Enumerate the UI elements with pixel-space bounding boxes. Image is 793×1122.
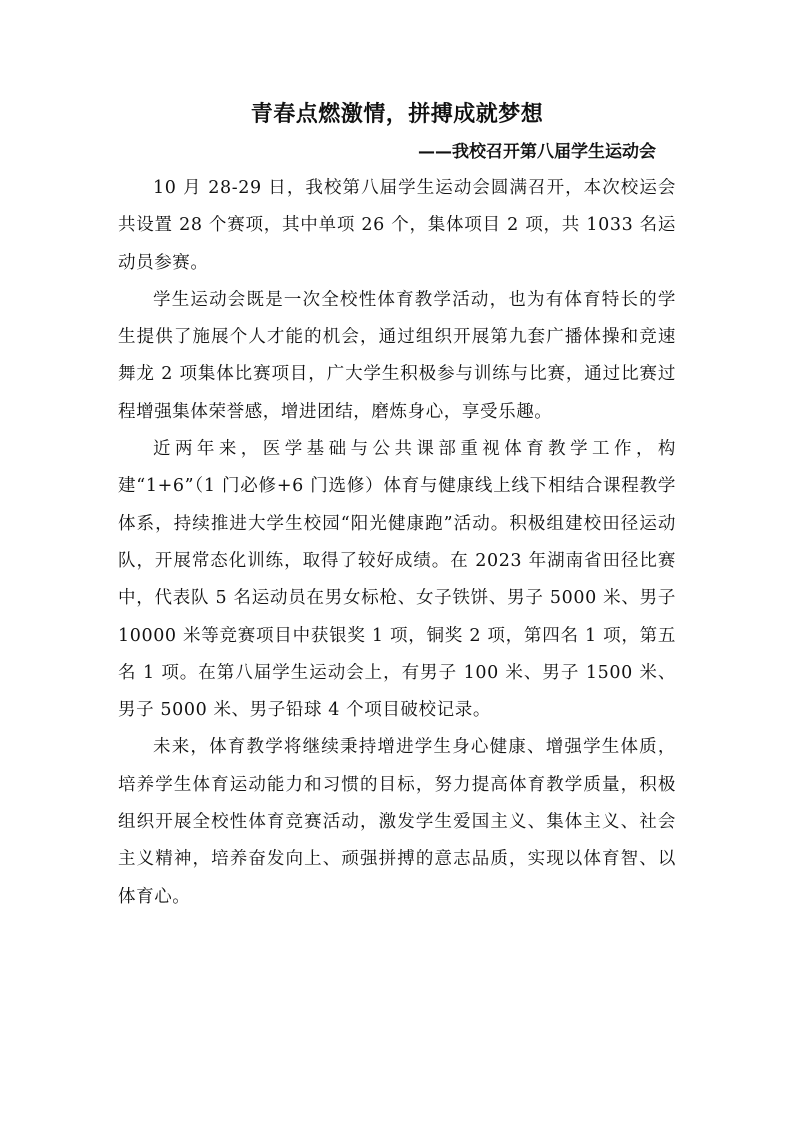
paragraph-purpose: 学生运动会既是一次全校性体育教学活动，也为有体育特长的学生提供了施展个人才能的机… — [118, 282, 676, 431]
document-page: 青春点燃激情，拼搏成就梦想 ——我校召开第八届学生运动会 10 月 28-29 … — [118, 96, 676, 916]
paragraph-future: 未来，体育教学将继续秉持增进学生身心健康、增强学生体质，培养学生体育运动能力和习… — [118, 729, 676, 915]
article-title: 青春点燃激情，拼搏成就梦想 — [118, 96, 676, 134]
paragraph-intro: 10 月 28-29 日，我校第八届学生运动会圆满召开，本次校运会共设置 28 … — [118, 170, 676, 282]
article-subtitle: ——我校召开第八届学生运动会 — [118, 134, 676, 170]
paragraph-achievements: 近两年来，医学基础与公共课部重视体育教学工作，构建“1+6”（1 门必修+6 门… — [118, 431, 676, 729]
